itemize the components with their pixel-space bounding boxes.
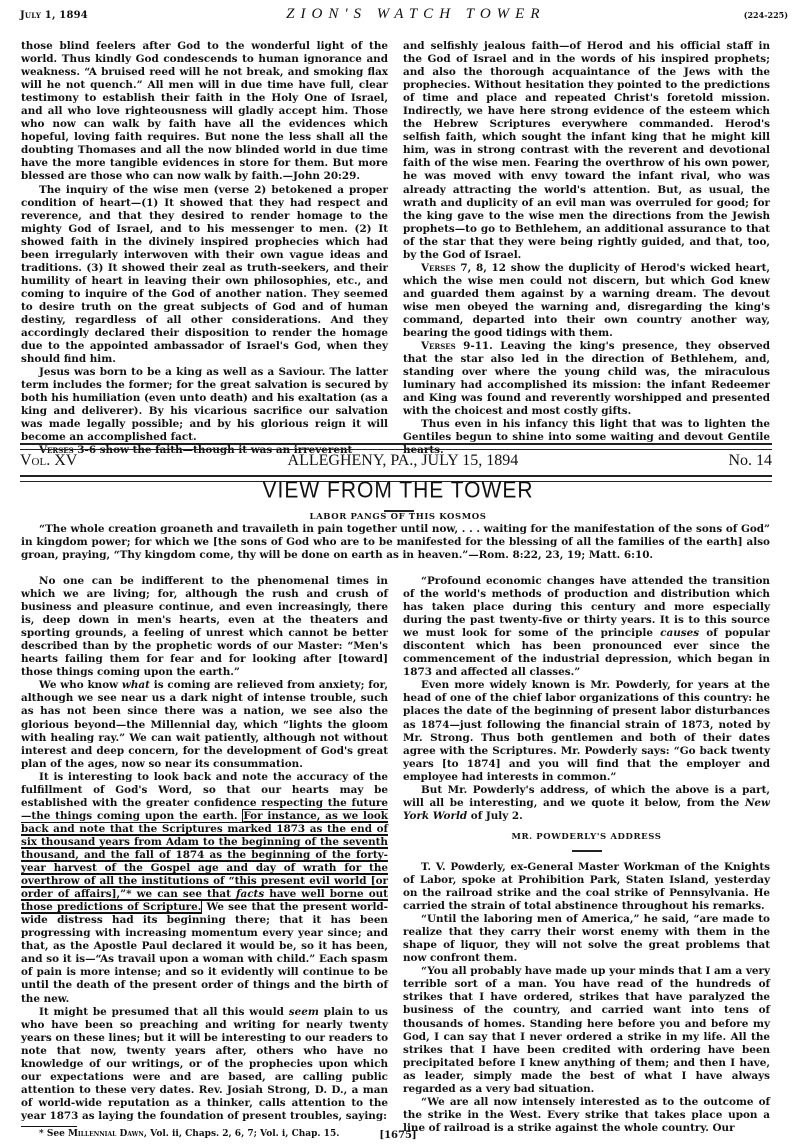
text: We who know [39,679,122,691]
top-section: those blind feelers after God to the won… [21,40,770,458]
volume: Vol. XV [20,452,77,470]
running-head-date: July 1, 1894 [20,10,88,21]
text: For instance, as we look back and note t… [21,810,388,900]
paragraph-text: 7, 8, 12 show the duplicity of Herod's w… [403,262,770,339]
paragraph-text: 9-11. Leaving the king's presence, they … [403,340,770,417]
running-head-title: ZION'S WATCH TOWER [286,6,545,23]
article-title: VIEW FROM THE TOWER [0,478,796,504]
emphasis: what [122,679,150,691]
paragraph: T. V. Powderly, ex-General Master Workma… [403,861,770,913]
running-head: July 1, 1894 ZION'S WATCH TOWER (224-225… [20,6,788,24]
paragraph: We who know what is coming are relieved … [21,679,388,770]
emphasis: causes [660,627,699,639]
section-subhead: MR. POWDERLY'S ADDRESS [403,831,770,844]
underlined-passage: For instance, as we look back and note t… [21,809,388,914]
paragraph: It is interesting to look back and note … [21,771,388,1006]
epigraph: “The whole creation groaneth and travail… [21,523,770,562]
emphasis: facts [236,888,264,900]
paragraph: “Profound economic changes have attended… [403,575,770,679]
paragraph: Jesus was born to be a king as well as a… [21,366,388,444]
text: is coming are relieved from anxiety; for… [21,679,388,769]
paragraph: But Mr. Powderly's address, of which the… [403,784,770,823]
footnote-rule [21,1126,77,1127]
document-page: July 1, 1894 ZION'S WATCH TOWER (224-225… [0,0,796,1147]
article-left-column: No one can be indifferent to the phenome… [21,575,388,1140]
text: of July 2. [467,810,523,822]
article-right-column: “Profound economic changes have attended… [403,575,770,1140]
emphasis: seem [289,1006,319,1018]
subhead-divider [572,850,602,852]
top-right-column: and selfishly jealous faith—of Herod and… [403,40,770,458]
text: But Mr. Powderly's address, of which the… [403,784,770,809]
paragraph: “Until the laboring men of America,” he … [403,913,770,965]
article-subtitle: LABOR PANGS OF THIS KOSMOS [0,512,796,522]
verses-lead: Verses [421,262,456,274]
text: It might be presumed that all this would [39,1006,289,1018]
epigraph-text: “The whole creation groaneth and travail… [21,523,770,562]
paragraph: No one can be indifferent to the phenome… [21,575,388,679]
top-left-column: those blind feelers after God to the won… [21,40,388,458]
text: We see that the present world-wide distr… [21,901,388,1004]
verses-lead: Verses [421,340,456,352]
paragraph: those blind feelers after God to the won… [21,40,388,184]
running-head-pages: (224-225) [744,10,788,20]
issue-number: No. 14 [728,452,772,470]
paragraph: Even more widely known is Mr. Powderly, … [403,679,770,783]
masthead: Vol. XV ALLEGHENY, PA., JULY 15, 1894 No… [20,450,772,472]
place-date: ALLEGHENY, PA., JULY 15, 1894 [288,452,519,470]
paragraph: Verses 7, 8, 12 show the duplicity of He… [403,262,770,340]
paragraph: “You all probably have made up your mind… [403,965,770,1095]
text: plain to us who have been so preaching a… [21,1006,388,1122]
page-number: [1675] [0,1130,796,1141]
masthead-rule-top [20,443,772,450]
paragraph: It might be presumed that all this would… [21,1006,388,1123]
paragraph: Verses 9-11. Leaving the king's presence… [403,340,770,418]
paragraph: and selfishly jealous faith—of Herod and… [403,40,770,262]
paragraph: The inquiry of the wise men (verse 2) be… [21,184,388,367]
article-body: No one can be indifferent to the phenome… [21,575,770,1140]
